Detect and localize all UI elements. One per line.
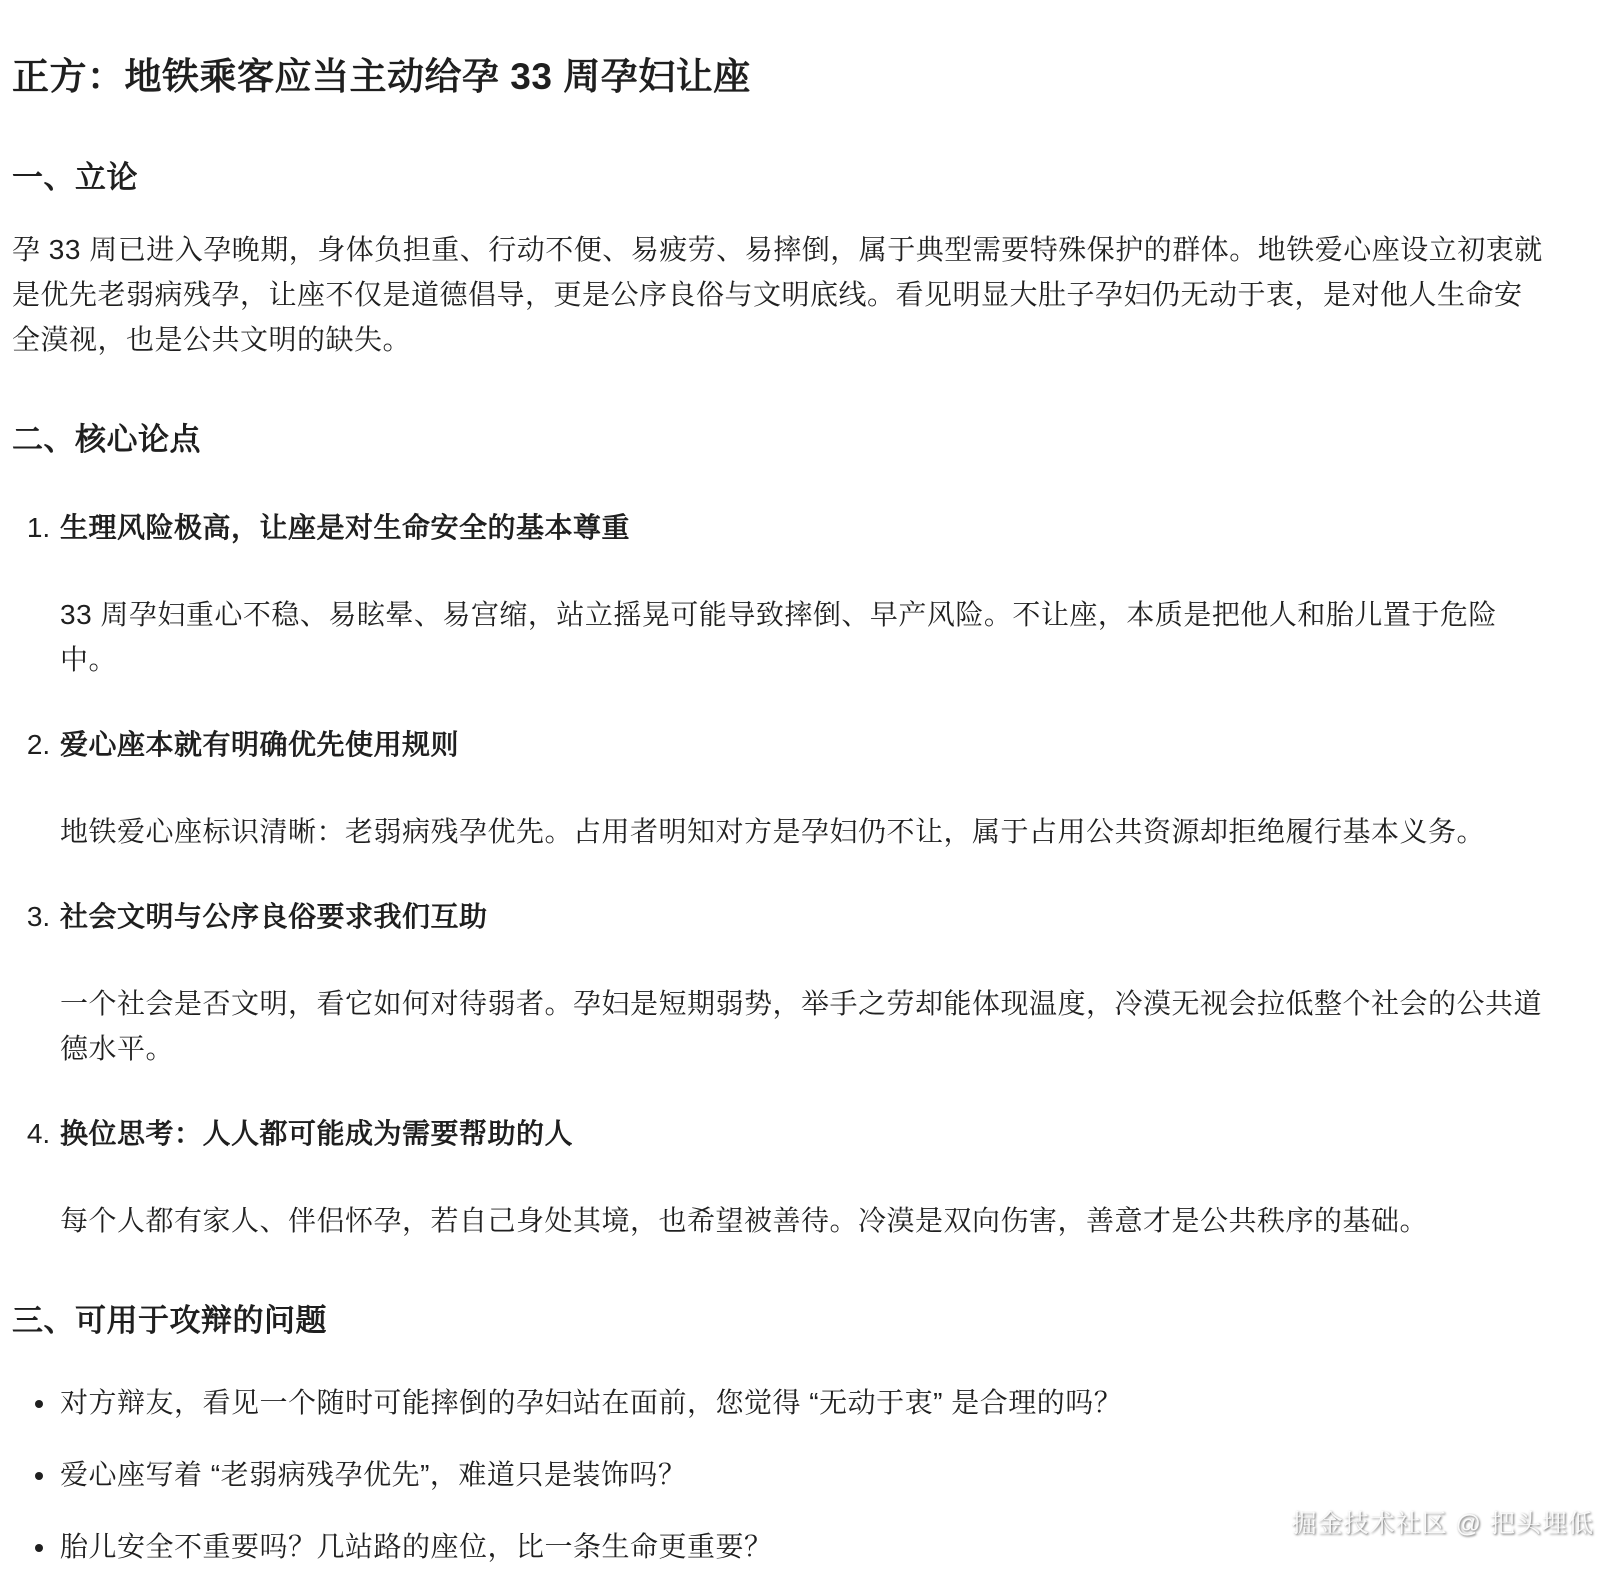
argument-item-3-title: 社会文明与公序良俗要求我们互助 (60, 894, 1544, 939)
section-questions-heading: 三、可用于攻辩的问题 (12, 1295, 1544, 1340)
argument-item-2: 爱心座本就有明确优先使用规则 地铁爱心座标识清晰：老弱病残孕优先。占用者明知对方… (58, 722, 1544, 854)
rebuttal-questions-list: 对方辩友，看见一个随时可能摔倒的孕妇站在面前，您觉得 “无动于衷” 是合理的吗？… (12, 1380, 1544, 1569)
watermark: 掘金技术社区 @ 把头埋低 (1292, 1504, 1594, 1540)
argument-item-4: 换位思考：人人都可能成为需要帮助的人 每个人都有家人、伴侣怀孕，若自己身处其境，… (58, 1111, 1544, 1243)
argument-item-4-title: 换位思考：人人都可能成为需要帮助的人 (60, 1111, 1544, 1156)
debate-document: 正方：地铁乘客应当主动给孕 33 周孕妇让座 一、立论 孕 33 周已进入孕晚期… (0, 0, 1624, 1569)
document-title: 正方：地铁乘客应当主动给孕 33 周孕妇让座 (12, 46, 1544, 100)
argument-item-3: 社会文明与公序良俗要求我们互助 一个社会是否文明，看它如何对待弱者。孕妇是短期弱… (58, 894, 1544, 1071)
argument-item-3-body: 一个社会是否文明，看它如何对待弱者。孕妇是短期弱势，举手之劳却能体现温度，冷漠无… (60, 981, 1544, 1071)
argument-item-1-body: 33 周孕妇重心不稳、易眩晕、易宫缩，站立摇晃可能导致摔倒、早产风险。不让座，本… (60, 592, 1544, 682)
core-arguments-list: 生理风险极高，让座是对生命安全的基本尊重 33 周孕妇重心不稳、易眩晕、易宫缩，… (12, 505, 1544, 1243)
argument-item-2-body: 地铁爱心座标识清晰：老弱病残孕优先。占用者明知对方是孕妇仍不让，属于占用公共资源… (60, 809, 1544, 854)
section-core-points-heading: 二、核心论点 (12, 414, 1544, 459)
question-item-1: 对方辩友，看见一个随时可能摔倒的孕妇站在面前，您觉得 “无动于衷” 是合理的吗？ (58, 1380, 1544, 1425)
question-item-2: 爱心座写着 “老弱病残孕优先”，难道只是装饰吗？ (58, 1452, 1544, 1497)
argument-item-4-body: 每个人都有家人、伴侣怀孕，若自己身处其境，也希望被善待。冷漠是双向伤害，善意才是… (60, 1198, 1544, 1243)
argument-item-2-title: 爱心座本就有明确优先使用规则 (60, 722, 1544, 767)
argument-item-1: 生理风险极高，让座是对生命安全的基本尊重 33 周孕妇重心不稳、易眩晕、易宫缩，… (58, 505, 1544, 682)
section-argument-heading: 一、立论 (12, 152, 1544, 197)
section-argument-paragraph: 孕 33 周已进入孕晚期，身体负担重、行动不便、易疲劳、易摔倒，属于典型需要特殊… (12, 227, 1544, 362)
argument-item-1-title: 生理风险极高，让座是对生命安全的基本尊重 (60, 505, 1544, 550)
